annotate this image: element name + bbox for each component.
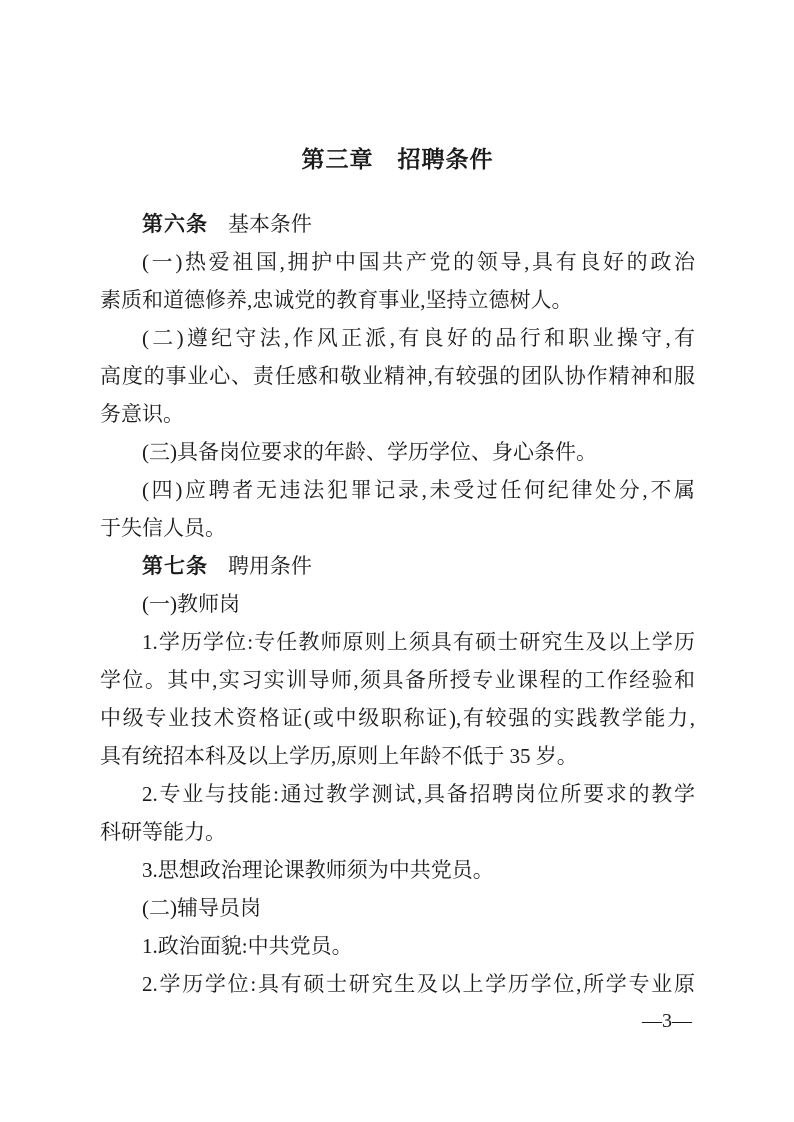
paragraph-line: 中级专业技术资格证(或中级职称证),有较强的实践教学能力, (100, 699, 695, 737)
paragraph-line: (三)具备岗位要求的年龄、学历学位、身心条件。 (100, 433, 695, 471)
paragraph-line: 于失信人员。 (100, 509, 695, 547)
paragraph-line: 3.思想政治理论课教师须为中共党员。 (100, 851, 695, 889)
paragraph-line: 1.学历学位:专任教师原则上须具有硕士研究生及以上学历 (100, 623, 695, 661)
page-number: —3— (100, 1008, 692, 1034)
paragraph-line: 2.学历学位:具有硕士研究生及以上学历学位,所学专业原 (100, 965, 695, 1003)
article-title: 基本条件 (228, 212, 312, 236)
document-content: 第三章 招聘条件 第六条基本条件(一)热爱祖国,拥护中国共产党的领导,具有良好的… (100, 145, 695, 1003)
paragraph-line: 1.政治面貌:中共党员。 (100, 927, 695, 965)
document-page: 第三章 招聘条件 第六条基本条件(一)热爱祖国,拥护中国共产党的领导,具有良好的… (0, 0, 794, 1122)
paragraph-line: 2.专业与技能:通过教学测试,具备招聘岗位所要求的教学 (100, 775, 695, 813)
paragraph-line: 科研等能力。 (100, 813, 695, 851)
paragraph-line: (二)遵纪守法,作风正派,有良好的品行和职业操守,有 (100, 319, 695, 357)
document-body: 第六条基本条件(一)热爱祖国,拥护中国共产党的领导,具有良好的政治素质和道德修养… (100, 205, 695, 1003)
chapter-title: 第三章 招聘条件 (100, 145, 695, 173)
paragraph-line: 学位。其中,实习实训导师,须具备所授专业课程的工作经验和 (100, 661, 695, 699)
article-heading: 第六条基本条件 (100, 205, 695, 243)
paragraph-line: 务意识。 (100, 395, 695, 433)
paragraph-line: (一)热爱祖国,拥护中国共产党的领导,具有良好的政治 (100, 243, 695, 281)
article-heading: 第七条聘用条件 (100, 547, 695, 585)
paragraph-line: (一)教师岗 (100, 585, 695, 623)
article-title: 聘用条件 (228, 554, 312, 578)
paragraph-line: (四)应聘者无违法犯罪记录,未受过任何纪律处分,不属 (100, 471, 695, 509)
paragraph-line: 素质和道德修养,忠诚党的教育事业,坚持立德树人。 (100, 281, 695, 319)
paragraph-line: (二)辅导员岗 (100, 889, 695, 927)
article-label: 第六条 (142, 212, 208, 236)
article-label: 第七条 (142, 554, 208, 578)
paragraph-line: 高度的事业心、责任感和敬业精神,有较强的团队协作精神和服 (100, 357, 695, 395)
paragraph-line: 具有统招本科及以上学历,原则上年龄不低于 35 岁。 (100, 737, 695, 775)
